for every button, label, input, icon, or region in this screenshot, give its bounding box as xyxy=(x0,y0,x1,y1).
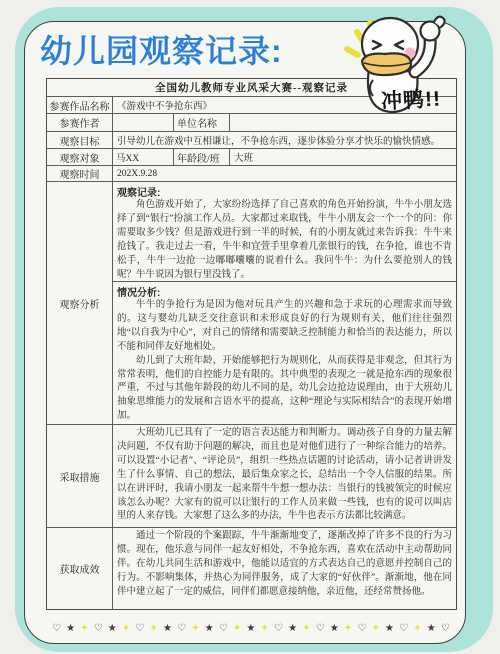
field-label-analysis: 观察分析 xyxy=(47,182,113,424)
sparkle-icon: ✦ xyxy=(191,623,199,635)
record-title: 观察记录: xyxy=(117,184,452,199)
heart-icon: ♡ xyxy=(274,623,283,635)
record-paragraph: 角色游戏开始了，大家纷纷选择了自己喜欢的角色开始扮演，牛牛小朋友选择了到“银行”… xyxy=(117,199,452,282)
measures-block: 大班幼儿已具有了一定的语言表达能力和判断力。调动孩子自身的力量去解决问题，不仅有… xyxy=(113,425,456,527)
situation-title: 情况分析: xyxy=(117,284,452,299)
situation-block: 情况分析: 牛牛的争抢行为是因为他对玩具产生的兴趣和急于求玩的心理需求而导致的。… xyxy=(113,282,456,424)
heart-icon: ♡ xyxy=(52,623,61,635)
mascot-caption: 冲鸭!! xyxy=(380,82,441,115)
sparkle-icon: ✦ xyxy=(372,623,380,635)
observation-table: 全国幼儿教师专业风采大赛--观察记录 参赛作品名称 《游戏中不争抢东西》 参赛作… xyxy=(46,78,457,610)
results-paragraph: 通过一个阶段的个案跟踪，牛牛渐渐地变了，逐渐改掉了许多不良的行为习惯。现在，他乐… xyxy=(117,530,452,600)
field-label-author: 参赛作者 xyxy=(47,114,113,131)
star-icon: ★ xyxy=(205,623,214,635)
field-value-subject: 马XX xyxy=(113,149,174,165)
table-row-results: 获取成效 通过一个阶段的个案跟踪，牛牛渐渐地变了，逐渐改掉了许多不良的行为习惯。… xyxy=(47,527,456,609)
field-value-time: 202X.9.28 xyxy=(113,166,456,181)
field-label-goal: 观察目标 xyxy=(47,132,113,148)
field-label-results: 获取成效 xyxy=(47,528,113,609)
table-row-measures: 采取措施 大班幼儿已具有了一定的语言表达能力和判断力。调动孩子自身的力量去解决问… xyxy=(47,424,456,527)
heart-icon: ♡ xyxy=(399,623,408,635)
sparkle-icon: ✦ xyxy=(344,623,352,635)
sparkle-icon: ✦ xyxy=(233,623,241,635)
sparkle-icon: ✦ xyxy=(122,623,130,635)
heart-icon: ♡ xyxy=(357,623,366,635)
field-label-work: 参赛作品名称 xyxy=(47,97,113,113)
sparkle-icon: ✦ xyxy=(150,623,158,635)
table-row: 观察对象 马XX 年龄段/班 大班 xyxy=(47,148,456,165)
sparkle-icon: ✦ xyxy=(261,623,269,635)
star-icon: ★ xyxy=(385,623,394,635)
star-icon: ★ xyxy=(427,623,436,635)
star-icon: ★ xyxy=(246,623,255,635)
situation-paragraph: 牛牛的争抢行为是因为他对玩具产生的兴趣和急于求玩的心理需求而导致的。这与婴幼儿缺… xyxy=(117,299,452,355)
field-label-subject: 观察对象 xyxy=(47,149,113,165)
field-value-goal: 引导幼儿在游戏中互相谦让，不争抢东西，逐步体验分享才快乐的愉快情感。 xyxy=(113,132,456,148)
record-block: 观察记录: 角色游戏开始了，大家纷纷选择了自己喜欢的角色开始扮演，牛牛小朋友选择… xyxy=(113,182,456,282)
sparkle-icon: ✦ xyxy=(302,623,310,635)
table-row: 观察目标 引导幼儿在游戏中互相谦让，不争抢东西，逐步体验分享才快乐的愉快情感。 xyxy=(47,131,456,148)
field-label-age: 年龄段/班 xyxy=(174,149,230,165)
field-value-author xyxy=(113,114,174,131)
measures-paragraph: 大班幼儿已具有了一定的语言表达能力和判断力。调动孩子自身的力量去解决问题，不仅有… xyxy=(117,427,452,524)
heart-icon: ♡ xyxy=(94,623,103,635)
table-row: 观察时间 202X.9.28 xyxy=(47,165,456,181)
star-icon: ★ xyxy=(330,623,339,635)
field-label-unit: 单位名称 xyxy=(174,114,230,131)
heart-icon: ♡ xyxy=(135,623,144,635)
sparkle-icon: ✦ xyxy=(80,623,88,635)
field-label-time: 观察时间 xyxy=(47,166,113,181)
star-icon: ★ xyxy=(108,623,117,635)
sparkle-icon: ✦ xyxy=(413,623,421,635)
footer-decoration: ♡★✦♡★✦♡✦★♡✦★♡✦★✦♡★✦♡★✦♡✦★♡✦★♡ xyxy=(52,623,450,635)
star-icon: ★ xyxy=(66,623,75,635)
results-block: 通过一个阶段的个案跟踪，牛牛渐渐地变了，逐渐改掉了许多不良的行为习惯。现在，他乐… xyxy=(113,528,456,609)
page: 幼儿园观察记录: 全国幼儿教师专业风采大赛--观察记录 参赛作品名称 《游戏中不… xyxy=(0,0,500,654)
heart-icon: ♡ xyxy=(219,623,228,635)
table-row-analysis: 观察分析 观察记录: 角色游戏开始了，大家纷纷选择了自己喜欢的角色开始扮演，牛牛… xyxy=(47,181,456,424)
field-value-age: 大班 xyxy=(230,149,456,165)
situation-paragraph: 幼儿到了大班年龄，开始能够把行为规则化，从而获得是非观念，但其行为常常表明，他们… xyxy=(117,355,452,424)
page-title: 幼儿园观察记录: xyxy=(40,26,283,72)
heart-icon: ♡ xyxy=(441,623,450,635)
heart-icon: ♡ xyxy=(316,623,325,635)
star-icon: ★ xyxy=(288,623,297,635)
field-label-measures: 采取措施 xyxy=(47,425,113,527)
heart-icon: ♡ xyxy=(177,623,186,635)
star-icon: ★ xyxy=(163,623,172,635)
